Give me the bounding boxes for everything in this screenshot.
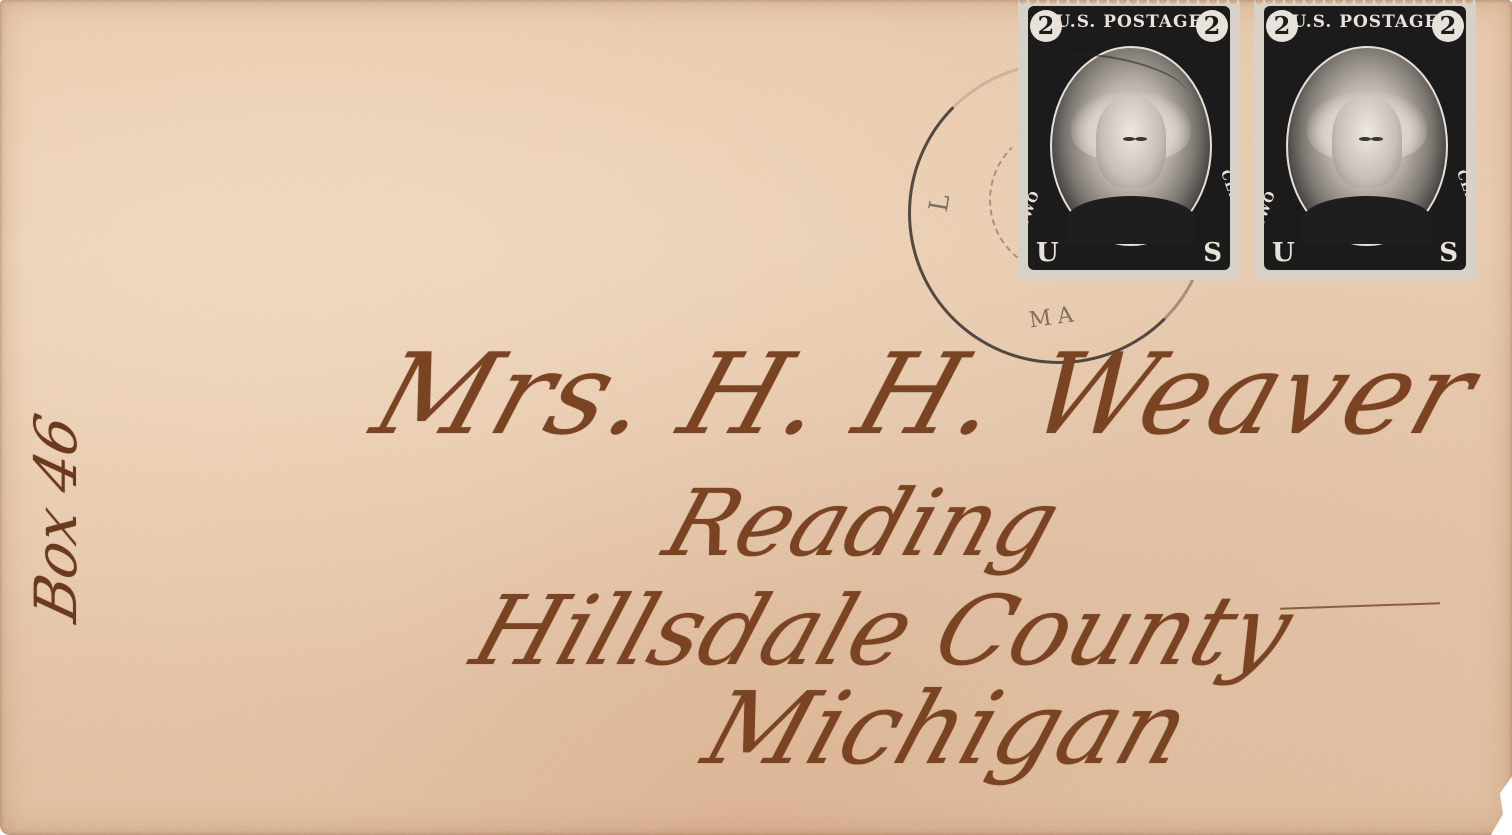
stamp-corner-left: U [1036,238,1059,268]
postage-stamp: 2 2 U.S. POSTAGE TWO CENTS U S [1018,0,1240,280]
postmark-state: MA [1028,302,1081,334]
stamp-side-text-right: CENTS [1453,168,1466,226]
portrait-face [1332,96,1402,188]
stamp-title: U.S. POSTAGE [1028,12,1230,32]
address-town: Reading [653,470,1073,577]
portrait-coat [1066,196,1196,244]
address-state: Michigan [691,670,1204,787]
stamp-frame: 2 2 U.S. POSTAGE TWO CENTS U S [1264,6,1466,270]
stamp-corner-left: U [1272,238,1295,268]
portrait-eye [1135,137,1147,141]
envelope: L APR MA 2 2 U.S. POSTAGE TWO CENTS U S [0,0,1512,835]
stamp-side-text-right: CENTS [1217,168,1230,226]
postmark-town: L [924,186,958,214]
stamp-side-text-left: TWO [1028,189,1043,230]
portrait-eye [1371,137,1383,141]
stamp-corner-right: S [1203,238,1222,268]
portrait-eye [1123,137,1135,141]
portrait-coat [1302,196,1432,244]
stamp-corner-right: S [1439,238,1458,268]
stamp-frame: 2 2 U.S. POSTAGE TWO CENTS U S [1028,6,1230,270]
stamp-title: U.S. POSTAGE [1264,12,1466,32]
addressee-name: Mrs. H. H. Weaver [359,330,1492,460]
ink-flourish [1280,602,1440,610]
stamp-side-text-left: TWO [1264,189,1279,230]
portrait-eye [1359,137,1371,141]
portrait-face [1096,96,1166,188]
stamp-portrait [1286,46,1448,246]
postage-stamp: 2 2 U.S. POSTAGE TWO CENTS U S [1254,0,1476,280]
box-number-note: Box 46 [22,408,90,629]
